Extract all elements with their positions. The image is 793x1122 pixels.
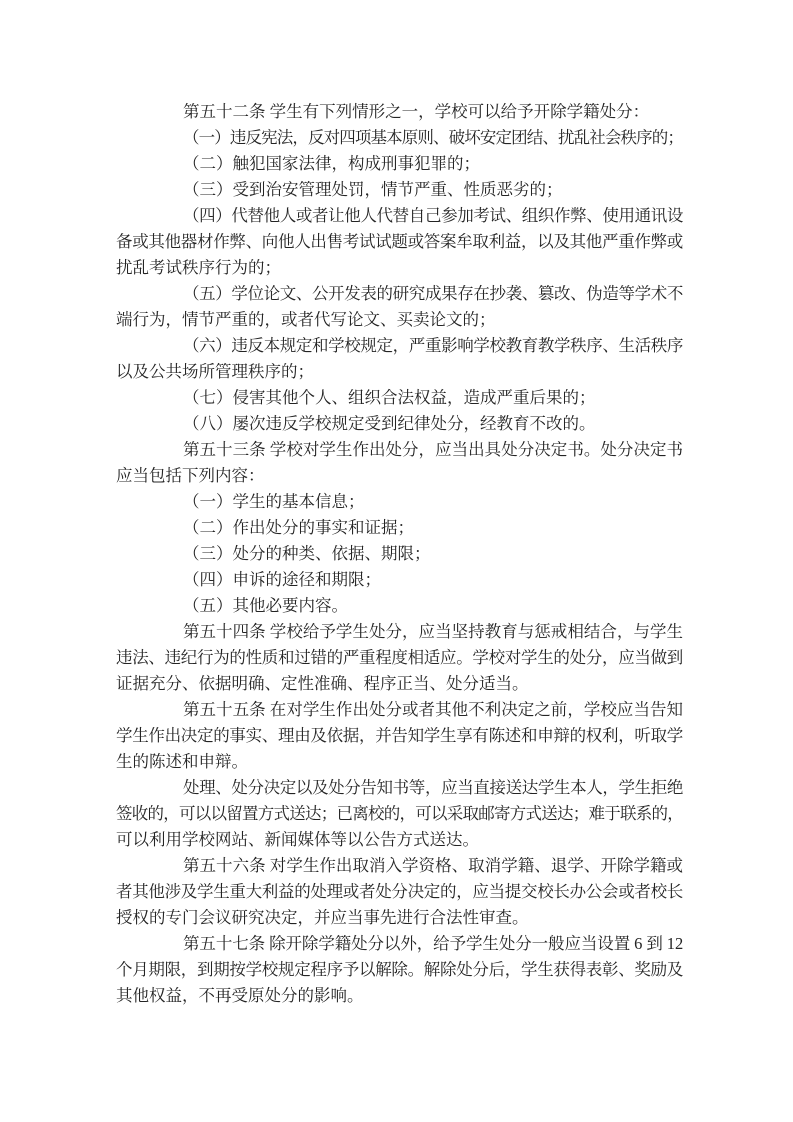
text-line: 个月期限，到期按学校规定程序予以解除。解除处分后，学生获得表彰、奖励及 bbox=[116, 957, 683, 983]
text-line: （五）其他必要内容。 bbox=[116, 593, 683, 619]
text-line: （六）违反本规定和学校规定，严重影响学校教育教学秩序、生活秩序 bbox=[116, 333, 683, 359]
text-line: （二）触犯国家法律，构成刑事犯罪的； bbox=[116, 151, 683, 177]
text-line: （三）受到治安管理处罚，情节严重、性质恶劣的； bbox=[116, 177, 683, 203]
text-line: （五）学位论文、公开发表的研究成果存在抄袭、篡改、伪造等学术不 bbox=[116, 281, 683, 307]
text-line: 学生作出决定的事实、理由及依据，并告知学生享有陈述和申辩的权利，听取学 bbox=[116, 723, 683, 749]
text-line: 以及公共场所管理秩序的； bbox=[116, 359, 683, 385]
document-body: 第五十二条 学生有下列情形之一，学校可以给予开除学籍处分： （一）违反宪法，反对… bbox=[116, 99, 683, 1009]
page: 第五十二条 学生有下列情形之一，学校可以给予开除学籍处分： （一）违反宪法，反对… bbox=[0, 0, 793, 1122]
text-line: （四）申诉的途径和期限； bbox=[116, 567, 683, 593]
text-line: 证据充分、依据明确、定性准确、程序正当、处分适当。 bbox=[116, 671, 683, 697]
text-line: 者其他涉及学生重大利益的处理或者处分决定的，应当提交校长办公会或者校长 bbox=[116, 879, 683, 905]
text-line: （七）侵害其他个人、组织合法权益，造成严重后果的； bbox=[116, 385, 683, 411]
text-line: 第五十七条 除开除学籍处分以外，给予学生处分一般应当设置 6 到 12 bbox=[116, 931, 683, 957]
text-line: 应当包括下列内容： bbox=[116, 463, 683, 489]
text-line: 可以利用学校网站、新闻媒体等以公告方式送达。 bbox=[116, 827, 683, 853]
text-line: 授权的专门会议研究决定，并应当事先进行合法性审查。 bbox=[116, 905, 683, 931]
text-line: （二）作出处分的事实和证据； bbox=[116, 515, 683, 541]
text-line: （八）屡次违反学校规定受到纪律处分，经教育不改的。 bbox=[116, 411, 683, 437]
text-line: （四）代替他人或者让他人代替自己参加考试、组织作弊、使用通讯设 bbox=[116, 203, 683, 229]
text-line: （一）学生的基本信息； bbox=[116, 489, 683, 515]
text-line: （一）违反宪法，反对四项基本原则、破坏安定团结、扰乱社会秩序的； bbox=[116, 125, 683, 151]
text-line: 第五十五条 在对学生作出处分或者其他不利决定之前，学校应当告知 bbox=[116, 697, 683, 723]
text-line: 处理、处分决定以及处分告知书等，应当直接送达学生本人，学生拒绝 bbox=[116, 775, 683, 801]
text-line: 生的陈述和申辩。 bbox=[116, 749, 683, 775]
text-line: 扰乱考试秩序行为的； bbox=[116, 255, 683, 281]
text-line: 备或其他器材作弊、向他人出售考试试题或答案牟取利益，以及其他严重作弊或 bbox=[116, 229, 683, 255]
text-line: 第五十四条 学校给予学生处分，应当坚持教育与惩戒相结合，与学生 bbox=[116, 619, 683, 645]
text-line: 第五十三条 学校对学生作出处分，应当出具处分决定书。处分决定书 bbox=[116, 437, 683, 463]
text-line: 端行为，情节严重的，或者代写论文、买卖论文的； bbox=[116, 307, 683, 333]
text-line: 其他权益，不再受原处分的影响。 bbox=[116, 983, 683, 1009]
text-line: 第五十六条 对学生作出取消入学资格、取消学籍、退学、开除学籍或 bbox=[116, 853, 683, 879]
text-line: 签收的，可以以留置方式送达；已离校的，可以采取邮寄方式送达；难于联系的， bbox=[116, 801, 683, 827]
text-line: 违法、违纪行为的性质和过错的严重程度相适应。学校对学生的处分，应当做到 bbox=[116, 645, 683, 671]
text-line: 第五十二条 学生有下列情形之一，学校可以给予开除学籍处分： bbox=[116, 99, 683, 125]
text-line: （三）处分的种类、依据、期限； bbox=[116, 541, 683, 567]
